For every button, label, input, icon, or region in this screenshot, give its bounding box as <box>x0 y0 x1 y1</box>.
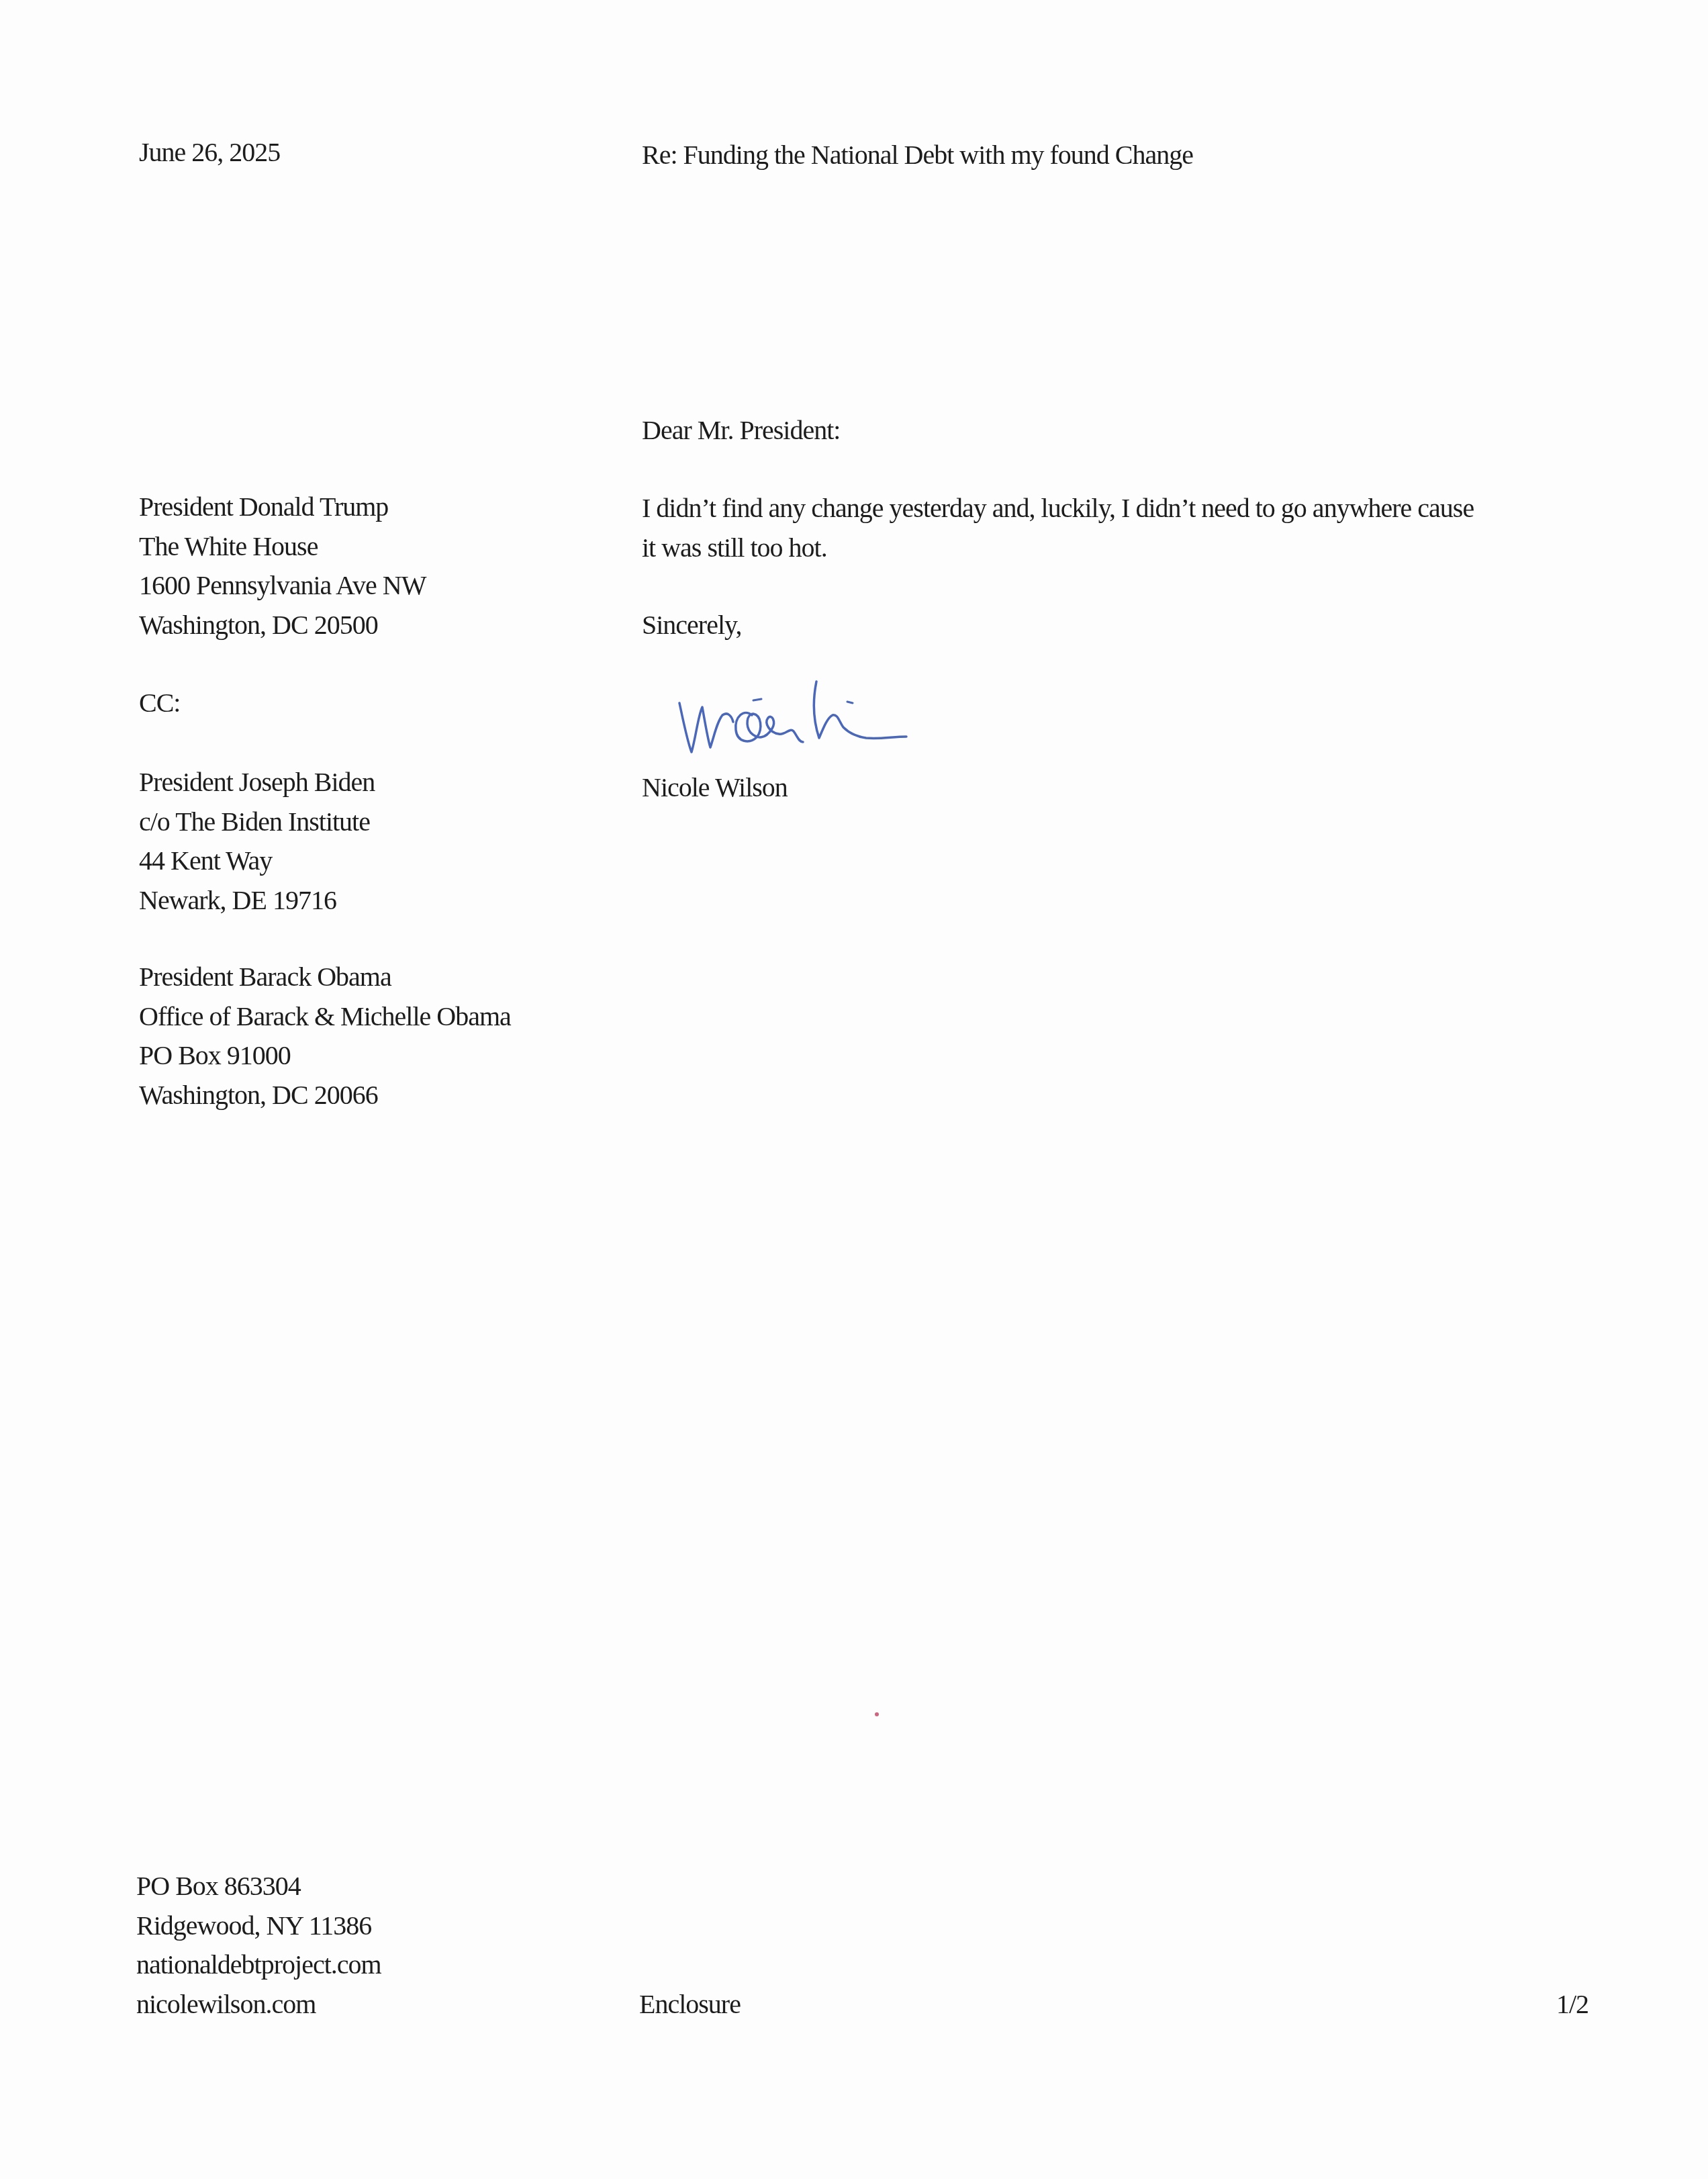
cc-recipient-obama: President Barack Obama Office of Barack … <box>139 958 511 1115</box>
handwritten-signature-icon <box>671 675 980 762</box>
address-line: c/o The Biden Institute <box>139 802 375 842</box>
letter-page: June 26, 2025 Re: Funding the National D… <box>0 0 1708 2179</box>
address-line: 1600 Pennsylvania Ave NW <box>139 566 426 606</box>
address-line: Office of Barack & Michelle Obama <box>139 997 511 1037</box>
sender-address: PO Box 863304 Ridgewood, NY 11386 nation… <box>136 1867 381 2024</box>
address-line: President Donald Trump <box>139 488 426 527</box>
body-line: it was still too hot. <box>642 528 1474 568</box>
address-line: Newark, DE 19716 <box>139 881 375 921</box>
sender-line: PO Box 863304 <box>136 1867 381 1906</box>
letter-date: June 26, 2025 <box>139 133 280 172</box>
body-line: I didn’t find any change yesterday and, … <box>642 489 1474 528</box>
cc-recipient-biden: President Joseph Biden c/o The Biden Ins… <box>139 763 375 920</box>
recipient-address: President Donald Trump The White House 1… <box>139 488 426 645</box>
address-line: Washington, DC 20066 <box>139 1076 511 1115</box>
enclosure-note: Enclosure <box>639 1985 741 2024</box>
address-line: 44 Kent Way <box>139 841 375 881</box>
letter-body: I didn’t find any change yesterday and, … <box>642 489 1474 567</box>
sender-website: nicolewilson.com <box>136 1985 381 2025</box>
address-line: PO Box 91000 <box>139 1036 511 1076</box>
salutation: Dear Mr. President: <box>642 411 840 450</box>
signer-name: Nicole Wilson <box>642 768 788 807</box>
address-line: President Barack Obama <box>139 958 511 997</box>
cc-label: CC: <box>139 684 180 723</box>
address-line: President Joseph Biden <box>139 763 375 802</box>
letter-subject: Re: Funding the National Debt with my fo… <box>642 136 1193 175</box>
closing: Sincerely, <box>642 606 741 645</box>
sender-website: nationaldebtproject.com <box>136 1945 381 1985</box>
page-number: 1/2 <box>1556 1985 1588 2024</box>
address-line: Washington, DC 20500 <box>139 606 426 645</box>
address-line: The White House <box>139 527 426 567</box>
scan-artifact <box>875 1712 879 1716</box>
sender-line: Ridgewood, NY 11386 <box>136 1906 381 1946</box>
